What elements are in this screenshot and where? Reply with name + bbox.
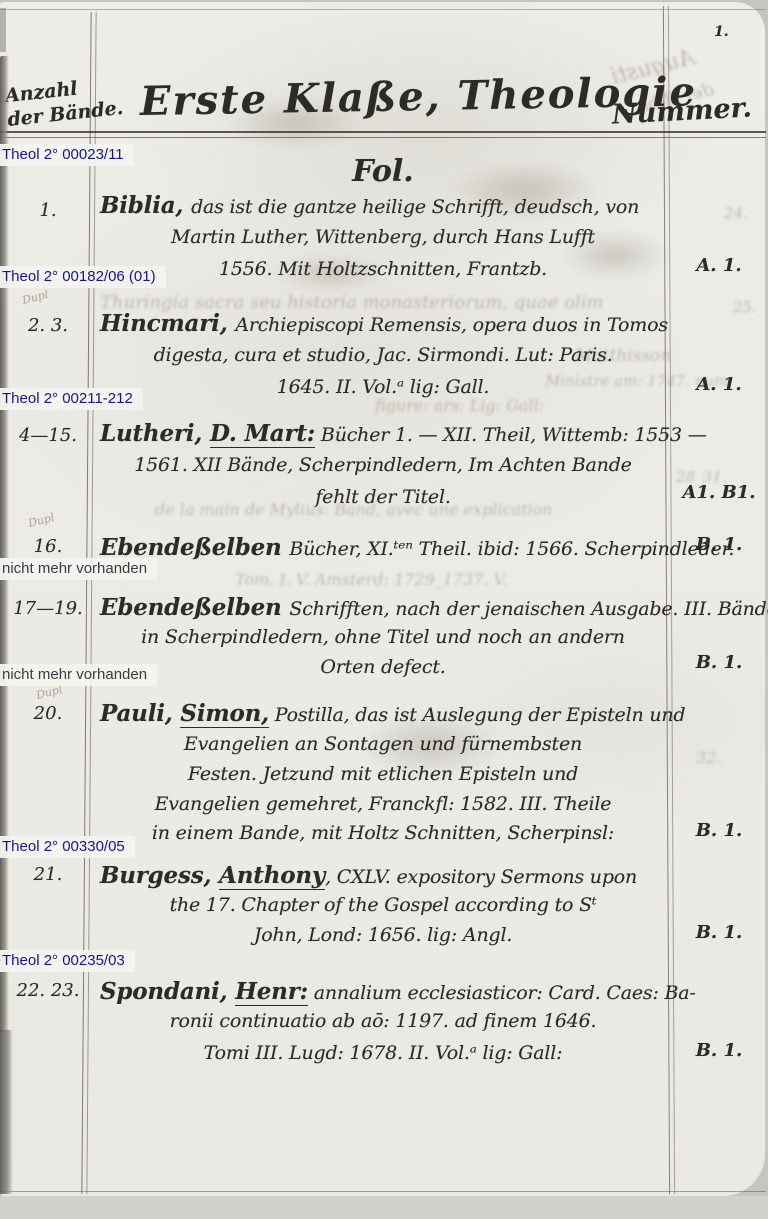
annotation-shelfmark[interactable]: Theol 2° 00023/11 [0,144,134,166]
bleedthrough-text: Tom. I. V. Amsterd: 1729_1737. V. [235,570,507,589]
entry-text: Archiepiscopi Remensis, opera duos in To… [235,314,668,336]
shelfmark: B. 1. [674,534,764,555]
shelfmark: A. 1. [674,255,764,276]
entry-number: 1. [6,200,90,221]
bleedthrough-text: figure: ars: Lig: Gall: [375,396,544,415]
entry-line: Martin Luther, Wittenberg, durch Hans Lu… [100,226,666,248]
entry-number: 20. [6,703,90,724]
scan-edge-shadow [0,56,9,1032]
top-edge-rule [0,9,766,12]
entry-number: 17—19. [6,598,90,619]
entry-line: 1561. XII Bände, Scherpindledern, Im Ach… [100,454,666,476]
entry-line: Pauli, Simon, Postilla, das ist Auslegun… [100,700,755,727]
entry-line: Evangelien an Sontagen und fürnembsten [100,733,666,755]
entry-line: Burgess, Anthony, CXLV. expository Sermo… [100,862,755,889]
entry-author: Ebendeßelben [100,534,289,561]
entry-text: Schrifften, nach der jenaischen Ausgabe.… [289,598,768,620]
entry-line: Tomi III. Lugd: 1678. II. Vol.ᵃ lig: Gal… [100,1042,666,1064]
entry-line: Festen. Jetzund mit etlichen Episteln un… [100,763,666,785]
entry-line: digesta, cura et studio, Jac. Sirmondi. … [100,344,666,366]
shelfmark: A. 1. [674,374,764,395]
entry-line: fehlt der Titel. [100,486,666,508]
entry-line: Evangelien gemehret, Franckfl: 1582. III… [100,793,666,815]
annotation-shelfmark[interactable]: Theol 2° 00330/05 [0,836,135,858]
bottom-edge-rule [0,1191,766,1192]
scan-edge-shadow [0,1030,13,1194]
scanned-catalog-page: Augusti der Bibl. Thuringia sacra seu hi… [0,0,768,1219]
shelfmark: B. 1. [674,652,764,673]
entry-author-underlined: Henr: [235,978,308,1006]
format-section-heading: Fol. [100,154,666,189]
annotation-availability[interactable]: nicht mehr vorhanden [0,664,157,686]
bleedthrough-text: 32. [696,748,721,767]
entry-text: Bücher 1. — XII. Theil, Wittemb: 1553 — [315,424,707,446]
entry-text: Bücher, XI.ᵗᵉⁿ Theil. ibid: 1566. Scherp… [289,538,734,560]
entry-line: in Scherpindledern, ohne Titel und noch … [100,626,666,648]
annotation-shelfmark[interactable]: Theol 2° 00182/06 (01) [0,266,166,288]
entry-author: Hincmari, [100,310,235,337]
entry-number: 21. [6,864,90,885]
scan-edge-shadow [0,8,6,52]
entry-author: Burgess, [100,862,219,889]
entry-author-underlined: Simon, [180,700,269,728]
entry-author: Spondani, [100,978,235,1005]
entry-author: Ebendeßelben [100,594,289,621]
annotation-shelfmark[interactable]: Theol 2° 00235/03 [0,950,135,972]
shelfmark: B. 1. [674,1040,764,1061]
entry-author: Pauli, [100,700,180,727]
entry-text: annalium ecclesiasticor: Card. Caes: Ba- [308,982,696,1004]
shelfmark: B. 1. [674,820,764,841]
entry-author: Biblia, [100,192,191,219]
entry-line: Spondani, Henr: annalium ecclesiasticor:… [100,978,755,1005]
entry-author-underlined: D. Mart: [210,420,315,448]
annotation-shelfmark[interactable]: Theol 2° 00211-212 [0,388,143,410]
entry-line: Lutheri, D. Mart: Bücher 1. — XII. Theil… [100,420,755,447]
entry-line: 1556. Mit Holtzschnitten, Frantzb. [100,258,666,280]
entry-line: Ebendeßelben Schrifften, nach der jenais… [100,594,755,621]
scan-background [0,1196,768,1219]
entry-number: 2. 3. [6,315,90,336]
header-rule [0,131,766,138]
entry-number: 16. [6,536,90,557]
annotation-availability[interactable]: nicht mehr vorhanden [0,558,157,580]
entry-text: das ist die gantze heilige Schrifft, deu… [191,196,639,218]
entry-line: Hincmari, Archiepiscopi Remensis, opera … [100,310,755,337]
entry-line: Orten defect. [100,656,666,678]
entry-author: Lutheri, [100,420,210,447]
folio-number: 1. [714,24,729,40]
entry-line: Ebendeßelben Bücher, XI.ᵗᵉⁿ Theil. ibid:… [100,534,755,561]
entry-line: ronii continuatio ab aō: 1197. ad finem … [100,1010,666,1032]
entry-text: , CXLV. expository Sermons upon [325,866,637,888]
entry-line: John, Lond: 1656. lig: Angl. [100,924,666,946]
entry-number: 22. 23. [6,980,90,1001]
shelfmark: B. 1. [674,922,764,943]
entry-text: Postilla, das ist Auslegung der Episteln… [269,704,685,726]
shelfmark: A1. B1. [674,482,764,503]
entry-line: the 17. Chapter of the Gospel according … [100,894,666,916]
entry-line: in einem Bande, mit Holtz Schnitten, Sch… [100,822,666,844]
entry-line: Biblia, das ist die gantze heilige Schri… [100,192,755,219]
entry-number: 4—15. [6,425,90,446]
entry-line: 1645. II. Vol.ᵃ lig: Gall. [100,376,666,398]
entry-author-underlined: Anthony [219,862,325,890]
page-title: Erste Klaße, Theologie [140,70,601,125]
